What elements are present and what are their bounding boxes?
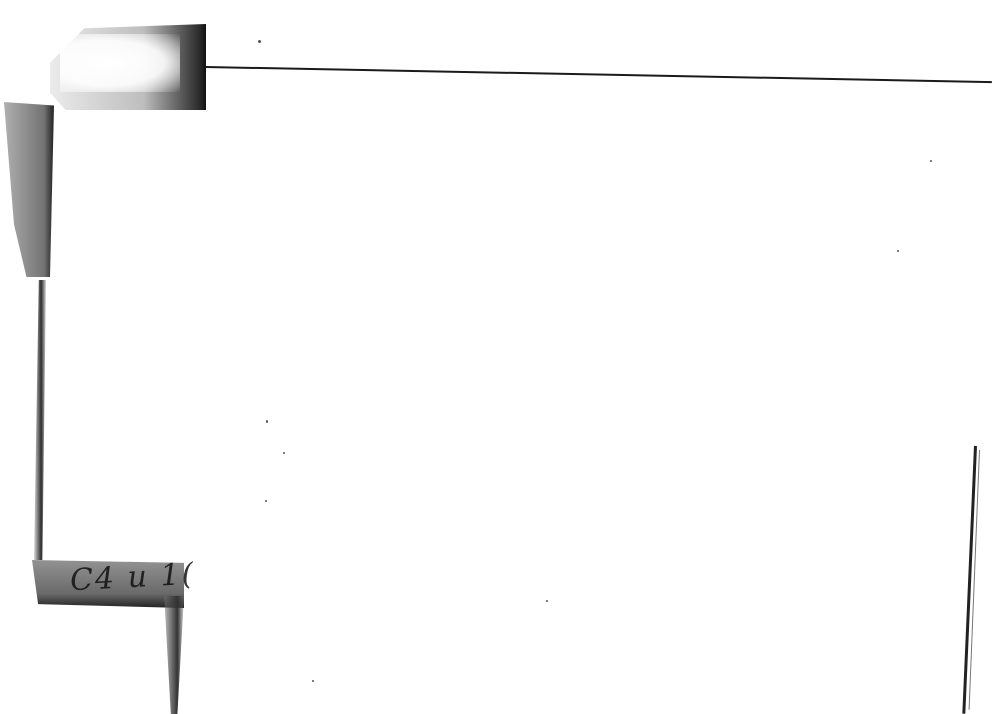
scan-speck — [312, 680, 314, 682]
scan-shadow-highlight — [60, 34, 180, 92]
page-edge-left-line — [34, 280, 46, 560]
scan-speck — [283, 452, 285, 454]
scan-speck — [897, 250, 899, 252]
page-edge-top-line — [206, 66, 992, 83]
handwritten-note: C4 u 1( — [69, 557, 196, 599]
page-edge-bottom-line — [162, 596, 184, 714]
scan-speck — [258, 40, 261, 43]
scan-speck — [546, 600, 548, 602]
scan-speck — [265, 500, 267, 502]
scan-speck — [930, 160, 932, 162]
scan-shadow-left — [4, 102, 54, 277]
scan-speck — [266, 420, 268, 423]
